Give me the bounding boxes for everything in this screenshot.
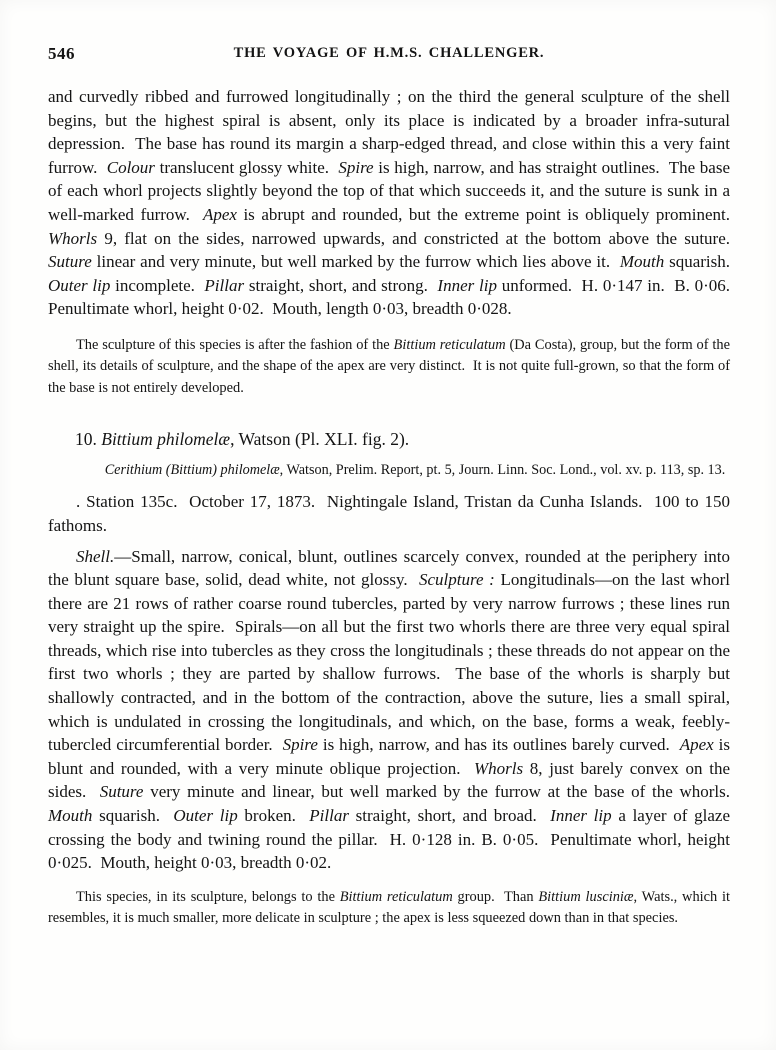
italic-run: Mouth <box>48 806 92 825</box>
book-page: 546 THE VOYAGE OF H.M.S. CHALLENGER. and… <box>0 0 776 1050</box>
italic-run: Mouth <box>620 252 664 271</box>
italic-run: Whorls <box>474 759 523 778</box>
italic-run: Bittium reticulatum <box>394 337 506 353</box>
italic-run: Suture <box>100 782 144 801</box>
text-run: linear and very minute, but well marked … <box>92 252 620 271</box>
page-header: 546 THE VOYAGE OF H.M.S. CHALLENGER. <box>48 44 730 64</box>
species-heading: 10. Bittium philomelæ, Watson (Pl. XLI. … <box>75 428 730 451</box>
italic-run: Outer lip <box>48 276 110 295</box>
italic-run: Shell. <box>76 547 114 566</box>
sculpture-note: The sculpture of this species is after t… <box>48 335 730 399</box>
italic-run: Whorls <box>48 229 97 248</box>
text-run: very minute and linear, but well marked … <box>143 782 738 801</box>
station-paragraph: . Station 135c. October 17, 1873. Nighti… <box>48 490 730 537</box>
running-title: THE VOYAGE OF H.M.S. CHALLENGER. <box>48 45 730 62</box>
italic-run: Pillar <box>309 806 349 825</box>
text-run: broken. <box>238 806 310 825</box>
text-run: is high, narrow, and has its outlines ba… <box>318 735 680 754</box>
italic-run: Inner lip <box>550 806 611 825</box>
shell-description: Shell.—Small, narrow, conical, blunt, ou… <box>48 545 730 875</box>
text-run: , Watson (Pl. XLI. fig. 2). <box>230 429 409 449</box>
synonymy-citation: Cerithium (Bittium) philomelæ, Watson, P… <box>48 460 730 481</box>
text-run: 10. <box>75 429 101 449</box>
italic-run: Apex <box>203 205 237 224</box>
italic-run: Outer lip <box>173 806 237 825</box>
text-run: translucent glossy white. <box>155 158 338 177</box>
comparison-note: This species, in its sculpture, belongs … <box>48 887 730 930</box>
text-run: group. Than <box>453 889 539 905</box>
italic-run: Cerithium (Bittium) philomelæ <box>105 462 280 478</box>
text-run: is abrupt and rounded, but the extreme p… <box>237 205 739 224</box>
text-run: straight, short, and strong. <box>244 276 437 295</box>
text-run: straight, short, and broad. <box>349 806 550 825</box>
italic-run: Colour <box>107 158 155 177</box>
continuation-paragraph: and curvedly ribbed and furrowed longitu… <box>48 85 730 321</box>
italic-run: Spire <box>338 158 373 177</box>
text-run: , Watson, Prelim. Report, pt. 5, Journ. … <box>280 462 726 478</box>
italic-run: Apex <box>680 735 714 754</box>
italic-run: Bittium philomelæ <box>101 429 230 449</box>
text-run: 9, flat on the sides, narrowed upwards, … <box>97 229 738 248</box>
text-run: . Station 135c. October 17, 1873. Nighti… <box>48 492 734 535</box>
text-run: squarish. <box>664 252 738 271</box>
text-run: This species, in its sculpture, belongs … <box>76 889 340 905</box>
text-run: incomplete. <box>110 276 204 295</box>
text-run: Longitudinals—on the last whorl there ar… <box>48 570 734 754</box>
text-run: The sculpture of this species is after t… <box>76 337 394 353</box>
italic-run: Sculpture : <box>419 570 495 589</box>
text-run: squarish. <box>92 806 173 825</box>
italic-run: Bittium lusciniæ <box>538 889 633 905</box>
italic-run: Suture <box>48 252 92 271</box>
italic-run: Spire <box>283 735 318 754</box>
italic-run: Pillar <box>204 276 244 295</box>
italic-run: Bittium reticulatum <box>340 889 453 905</box>
italic-run: Inner lip <box>437 276 497 295</box>
